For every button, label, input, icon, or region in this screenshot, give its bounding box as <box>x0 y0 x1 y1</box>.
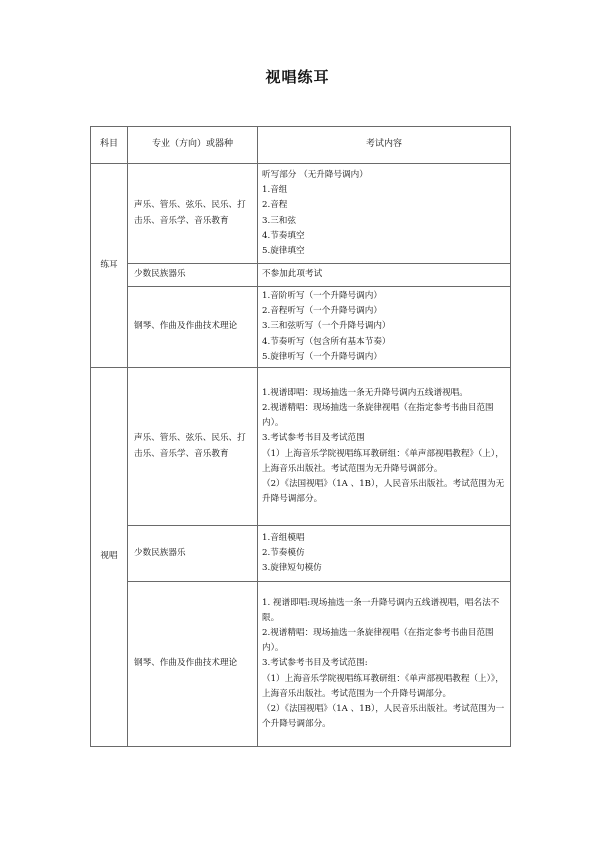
content-line: 2.音程 <box>262 198 506 213</box>
subject-cell-sight-singing: 视唱 <box>91 368 128 747</box>
content-cell: 听写部分 （无升降号调内） 1.音组 2.音程 3.三和弦 4.节奏填空 5.旋… <box>258 164 511 264</box>
content-line: 4.节奏听写（包含所有基本节奏） <box>262 335 506 350</box>
table-row: 视唱 声乐、管乐、弦乐、民乐、打击乐、音乐学、音乐教育 1.视谱即唱：现场抽选一… <box>91 368 511 526</box>
table-row: 少数民族器乐 不参加此项考试 <box>91 264 511 287</box>
table-row: 少数民族器乐 1.音组模唱 2.节奏模仿 3.旋律短句模仿 <box>91 526 511 582</box>
content-line: 5.旋律填空 <box>262 244 506 259</box>
table-row: 钢琴、作曲及作曲技术理论 1. 视谱即唱:现场抽选一条一升降号调内五线谱视唱，唱… <box>91 582 511 747</box>
table-row: 钢琴、作曲及作曲技术理论 1.音阶听写（一个升降号调内） 2.音程听写（一个升降… <box>91 287 511 368</box>
major-cell: 少数民族器乐 <box>128 526 258 582</box>
content-cell: 1.视谱即唱：现场抽选一条无升降号调内五线谱视唱。 2.视谱精唱：现场抽选一条旋… <box>258 368 511 526</box>
subject-cell-ear-training: 练耳 <box>91 164 128 368</box>
content-cell: 1.音组模唱 2.节奏模仿 3.旋律短句模仿 <box>258 526 511 582</box>
header-major: 专业（方向）或器种 <box>128 127 258 164</box>
content-line: 1.音组 <box>262 183 506 198</box>
content-line: 3.考试参考书目及考试范围: <box>262 656 506 671</box>
content-line: 1.视谱即唱：现场抽选一条无升降号调内五线谱视唱。 <box>262 386 506 401</box>
content-line: 2.视谱精唱：现场抽选一条旋律视唱（在指定参考书曲目范围内）。 <box>262 626 506 656</box>
content-line: 不参加此项考试 <box>262 267 506 282</box>
content-line: 1.音组模唱 <box>262 531 506 546</box>
content-line: 1.音阶听写（一个升降号调内） <box>262 289 506 304</box>
major-cell: 声乐、管乐、弦乐、民乐、打击乐、音乐学、音乐教育 <box>128 164 258 264</box>
content-line: 2.视谱精唱：现场抽选一条旋律视唱（在指定参考书曲目范围内）。 <box>262 401 506 431</box>
major-cell: 钢琴、作曲及作曲技术理论 <box>128 287 258 368</box>
content-cell: 不参加此项考试 <box>258 264 511 287</box>
content-line: 3.考试参考书目及考试范围 <box>262 431 506 446</box>
major-cell: 钢琴、作曲及作曲技术理论 <box>128 582 258 747</box>
content-line: 听写部分 （无升降号调内） <box>262 168 506 183</box>
content-line: （1）上海音乐学院视唱练耳教研组：《单声部视唱教程（上）》，上海音乐出版社。考试… <box>262 672 506 702</box>
content-line: 3.旋律短句模仿 <box>262 561 506 576</box>
major-cell: 声乐、管乐、弦乐、民乐、打击乐、音乐学、音乐教育 <box>128 368 258 526</box>
exam-content-table: 科目 专业（方向）或器种 考试内容 练耳 声乐、管乐、弦乐、民乐、打击乐、音乐学… <box>90 126 511 747</box>
header-subject: 科目 <box>91 127 128 164</box>
content-line: 1. 视谱即唱:现场抽选一条一升降号调内五线谱视唱，唱名法不限。 <box>262 596 506 626</box>
content-line: 2.音程听写（一个升降号调内） <box>262 304 506 319</box>
page-title: 视唱练耳 <box>0 66 595 87</box>
content-line: （2）《法国视唱》（1A 、1B），人民音乐出版社。考试范围为一个升降号调部分。 <box>262 702 506 732</box>
content-line: 2.节奏模仿 <box>262 546 506 561</box>
content-cell: 1.音阶听写（一个升降号调内） 2.音程听写（一个升降号调内） 3.三和弦听写（… <box>258 287 511 368</box>
content-cell: 1. 视谱即唱:现场抽选一条一升降号调内五线谱视唱，唱名法不限。 2.视谱精唱：… <box>258 582 511 747</box>
content-line: 3.三和弦听写（一个升降号调内） <box>262 319 506 334</box>
table-header-row: 科目 专业（方向）或器种 考试内容 <box>91 127 511 164</box>
table-row: 练耳 声乐、管乐、弦乐、民乐、打击乐、音乐学、音乐教育 听写部分 （无升降号调内… <box>91 164 511 264</box>
content-line: 4.节奏填空 <box>262 229 506 244</box>
content-line: 3.三和弦 <box>262 214 506 229</box>
content-line: 5.旋律听写（一个升降号调内） <box>262 350 506 365</box>
header-content: 考试内容 <box>258 127 511 164</box>
content-line: （1）上海音乐学院视唱练耳教研组：《单声部视唱教程》（上），上海音乐出版社。考试… <box>262 447 506 477</box>
content-line: （2）《法国视唱》（1A 、1B），人民音乐出版社。考试范围为无升降号调部分。 <box>262 477 506 507</box>
major-cell: 少数民族器乐 <box>128 264 258 287</box>
